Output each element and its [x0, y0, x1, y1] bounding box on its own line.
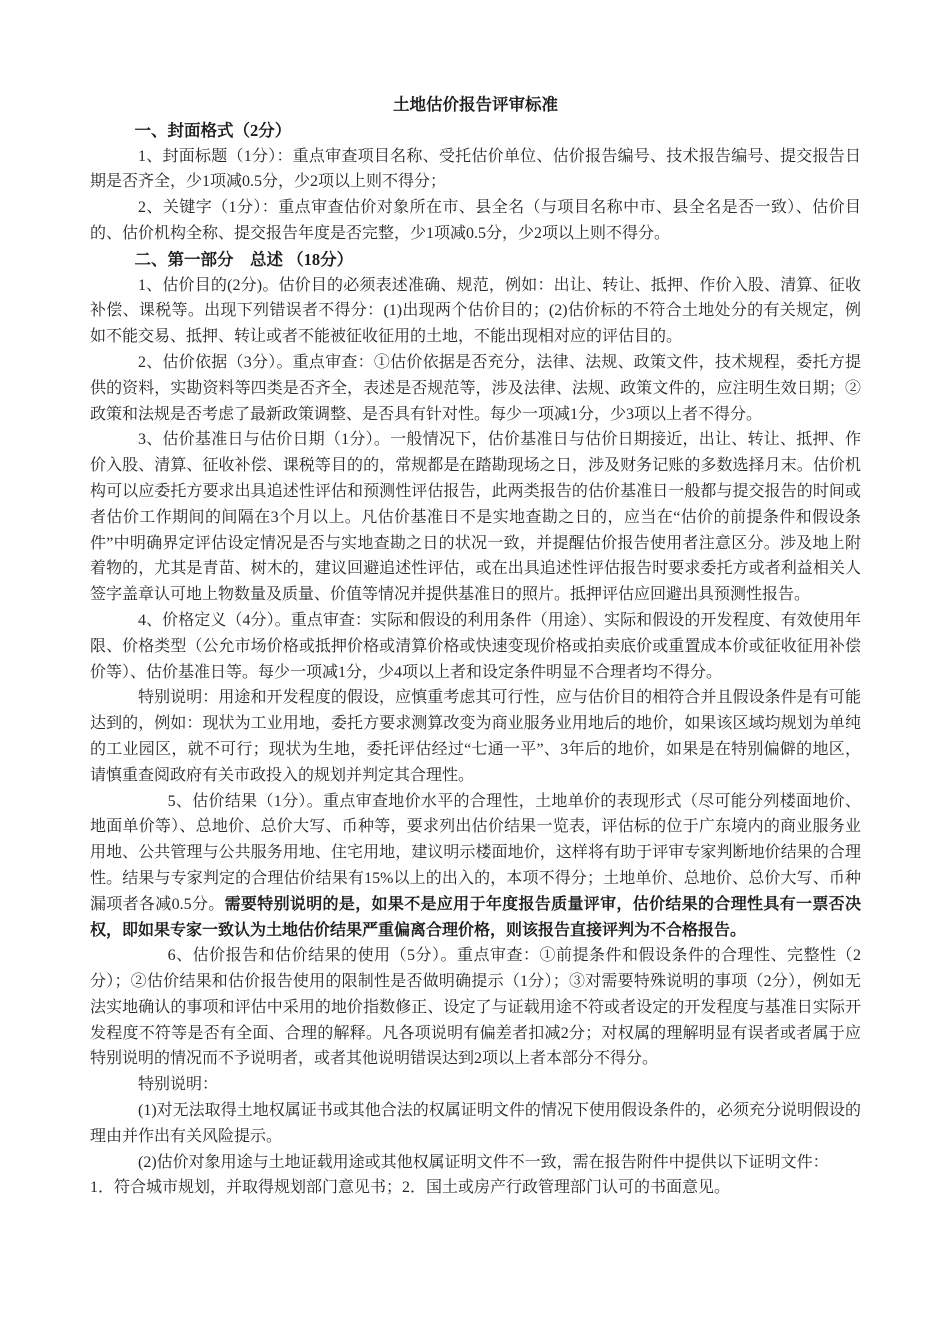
para-keywords-rule: 2、关键字（1分）：重点审查估价对象所在市、县全名（与项目名称中市、县全名是否一…: [90, 195, 861, 247]
heading-part-one-overview: 二、第一部分 总述 （18分）: [90, 247, 861, 273]
document-page: 土地估价报告评审标准 一、封面格式（2分） 1、封面标题（1分）：重点审查项目名…: [0, 0, 950, 1344]
para-valuation-result: 5、估价结果（1分）。重点审查地价水平的合理性，土地单价的表现形式（尽可能分列楼…: [90, 789, 861, 944]
para-valuation-base-date: 3、估价基准日与估价日期（1分）。一般情况下，估价基准日与估价日期接近，出让、转…: [90, 427, 861, 608]
para-note-2: (2)估价对象用途与土地证载用途或其他权属证明文件不一致，需在报告附件中提供以下…: [90, 1150, 861, 1176]
heading-cover-format: 一、封面格式（2分）: [90, 118, 861, 144]
valuation-result-text: 5、估价结果（1分）。重点审查地价水平的合理性，土地单价的表现形式（尽可能分列楼…: [90, 793, 861, 913]
para-cover-title-rule: 1、封面标题（1分）：重点审查项目名称、受托估价单位、估价报告编号、技术报告编号…: [90, 144, 861, 196]
para-valuation-basis: 2、估价依据（3分）。重点审查：①估价依据是否充分，法律、法规、政策文件，技术规…: [90, 350, 861, 427]
para-price-definition-note: 特别说明：用途和开发程度的假设，应慎重考虑其可行性，应与估价目的相符合并且假设条…: [90, 685, 861, 788]
para-note-2-items: 1．符合城市规划，并取得规划部门意见书；2．国土或房产行政管理部门认可的书面意见…: [90, 1175, 861, 1201]
para-report-usage: 6、估价报告和估价结果的使用（5分）。重点审查：①前提条件和假设条件的合理性、完…: [90, 943, 861, 1072]
para-price-definition: 4、价格定义（4分）。重点审查：实际和假设的利用条件（用途）、实际和假设的开发程…: [90, 608, 861, 685]
para-special-note-label: 特别说明：: [90, 1072, 861, 1098]
para-valuation-purpose: 1、估价目的(2分)。估价目的必须表述准确、规范，例如：出让、转让、抵押、作价入…: [90, 273, 861, 350]
document-title: 土地估价报告评审标准: [90, 92, 861, 118]
para-note-1: (1)对无法取得土地权属证书或其他合法的权属证明文件的情况下使用假设条件的，必须…: [90, 1098, 861, 1150]
